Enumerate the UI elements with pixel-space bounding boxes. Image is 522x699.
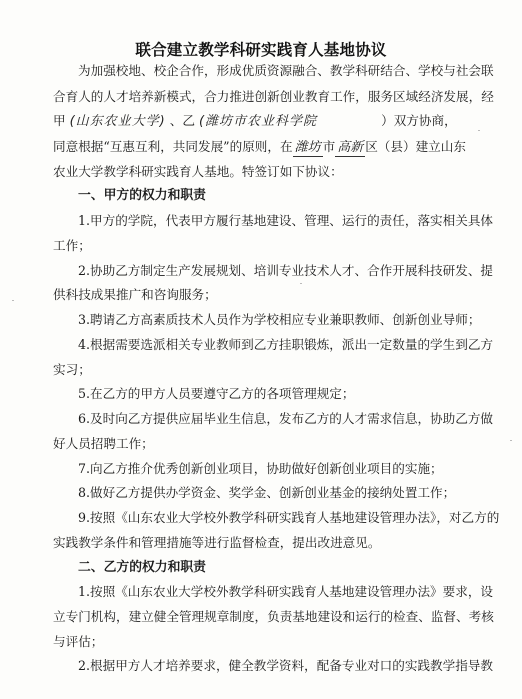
- s1-item-2-line-2: 供科技成果推广和咨询服务；: [53, 287, 467, 303]
- intro-line-3-suffix: ）双方协商，: [381, 113, 457, 128]
- scan-speck: [12, 300, 14, 301]
- s1-item-4-line-1: 4.根据需要选派相关专业教师到乙方挂职锻炼，派出一定数量的学生到乙方: [78, 337, 467, 353]
- intro-line-5: 农业大学教学科研实践育人基地。特签订如下协议：: [53, 164, 467, 180]
- s1-item-5: 5.在乙方的甲方人员要遵守乙方的各项管理规定；: [78, 386, 467, 402]
- intro-line-2: 合育人的人才培养新模式，合力推进创新创业教育工作，服务区域经济发展，经: [53, 89, 467, 105]
- scan-speck: [478, 130, 480, 131]
- intro-line-3: 甲 (山东农业大学) 、乙 (潍坊市农业科学院 ）双方协商，: [53, 113, 467, 130]
- s2-item-1-line-3: 与评估；: [53, 634, 467, 650]
- section-1-heading: 一、甲方的权力和职责: [78, 188, 467, 204]
- city-suffix: 市: [323, 139, 336, 154]
- scanned-document-page: 联合建立教学科研实践育人基地协议 为加强校地、校企合作，形成优质资源融合、教学科…: [0, 0, 522, 699]
- s1-item-1-line-1: 1.甲方的学院，代表甲方履行基地建设、管理、运行的责任，落实相关具体: [78, 213, 467, 229]
- s2-item-1-line-1: 1.按照《山东农业大学校外教学科研实践育人基地建设管理办法》要求，设: [78, 584, 467, 600]
- s1-item-8: 8.做好乙方提供办学资金、奖学金、创新创业基金的接纳处置工作；: [78, 485, 467, 501]
- party-a-label: 甲: [53, 113, 66, 128]
- party-b-handwritten-field: (潍坊市农业科学院: [199, 114, 317, 129]
- s1-item-9-line-2: 实践教学条件和管理措施等进行监督检查，提出改进意见。: [53, 535, 467, 551]
- s1-item-2-line-1: 2.协助乙方制定生产发展规划、培训专业技术人才、合作开展科技研发、提: [78, 263, 467, 279]
- s1-item-9-line-1: 9.按照《山东农业大学校外教学科研实践育人基地建设管理办法》，对乙方的: [78, 510, 467, 526]
- s2-item-2-line-1: 2.根据甲方人才培养要求，健全教学资料，配备专业对口的实践教学指导教: [78, 658, 467, 674]
- intro-line-4-suffix: 区（县）建立山东: [365, 139, 466, 154]
- s1-item-6-line-2: 好人员招聘工作；: [53, 436, 467, 452]
- intro-line-4-prefix: 同意根据“互惠互利，共同发展”的原则，在: [53, 139, 293, 154]
- party-a-handwritten-field: (山东农业大学): [70, 114, 166, 129]
- scan-speck: [300, 283, 302, 284]
- s1-item-7: 7.向乙方推介优秀创新创业项目，协助做好创新创业项目的实施；: [78, 461, 467, 477]
- city-handwritten-field: 潍坊: [293, 140, 323, 157]
- s1-item-3: 3.聘请乙方高素质技术人员作为学校相应专业兼职教师、创新创业导师；: [78, 312, 467, 328]
- section-2-heading: 二、乙方的权力和职责: [78, 560, 467, 576]
- s1-item-4-line-2: 实习；: [53, 362, 467, 378]
- document-title: 联合建立教学科研实践育人基地协议: [0, 38, 522, 60]
- s1-item-6-line-1: 6.及时向乙方提供应届毕业生信息，发布乙方的人才需求信息，协助乙方做: [78, 411, 467, 427]
- intro-line-4: 同意根据“互惠互利，共同发展”的原则，在潍坊市高新区（县）建立山东: [53, 139, 467, 157]
- scan-speck: [510, 440, 512, 441]
- district-handwritten-field: 高新: [335, 140, 365, 157]
- party-b-label: 、乙: [170, 113, 195, 128]
- s1-item-1-line-2: 工作；: [53, 238, 467, 254]
- intro-line-1: 为加强校地、校企合作，形成优质资源融合、教学科研结合、学校与社会联: [78, 63, 467, 79]
- s2-item-1-line-2: 立专门机构，建立健全管理规章制度，负责基地建设和运行的检查、监督、考核: [53, 609, 467, 625]
